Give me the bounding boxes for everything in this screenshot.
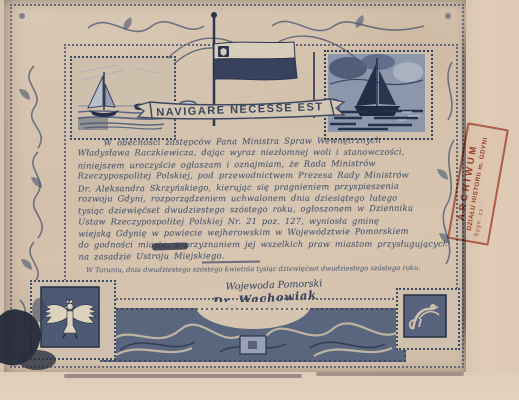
handwriting-line: Ustaw Rzeczypospolitej Polskiej Nr. 21 p… bbox=[78, 215, 446, 227]
bottom-foliage-ornament-icon bbox=[100, 302, 406, 368]
griffin-icon bbox=[401, 293, 449, 339]
griffin-emblem bbox=[396, 288, 460, 350]
polish-eagle-emblem bbox=[30, 280, 116, 360]
document-shadow-bottom-left bbox=[64, 374, 302, 378]
handwriting-line: Rzeczypospolitej Polskiej, pod przewodni… bbox=[78, 170, 446, 182]
handwriting-line: Władysława Raczkiewicza, dając wyraz nie… bbox=[78, 147, 446, 159]
handwriting-line: do godności miasta, z przyznaniem jej ws… bbox=[78, 238, 446, 250]
document-shadow-bottom-right bbox=[316, 372, 464, 376]
polish-maritime-flag-icon bbox=[214, 42, 297, 80]
ink-smudge-faint bbox=[32, 298, 46, 322]
ink-smudge-small bbox=[18, 350, 56, 370]
charter-document: NAVIGARE NECESSE EST W obecności zastępc… bbox=[4, 0, 466, 372]
ink-blot bbox=[152, 242, 188, 250]
photograph-of-gdynia-charter: NAVIGARE NECESSE EST W obecności zastępc… bbox=[0, 0, 519, 400]
charter-body-text: W obecności zastępców Pana Ministra Spra… bbox=[77, 134, 446, 263]
handwriting-line: rozwoju Gdyni, rozporządzeniem uchwalone… bbox=[78, 193, 446, 205]
motto-banner-ribbon: NAVIGARE NECESSE EST bbox=[132, 90, 346, 132]
eagle-icon bbox=[35, 285, 105, 349]
